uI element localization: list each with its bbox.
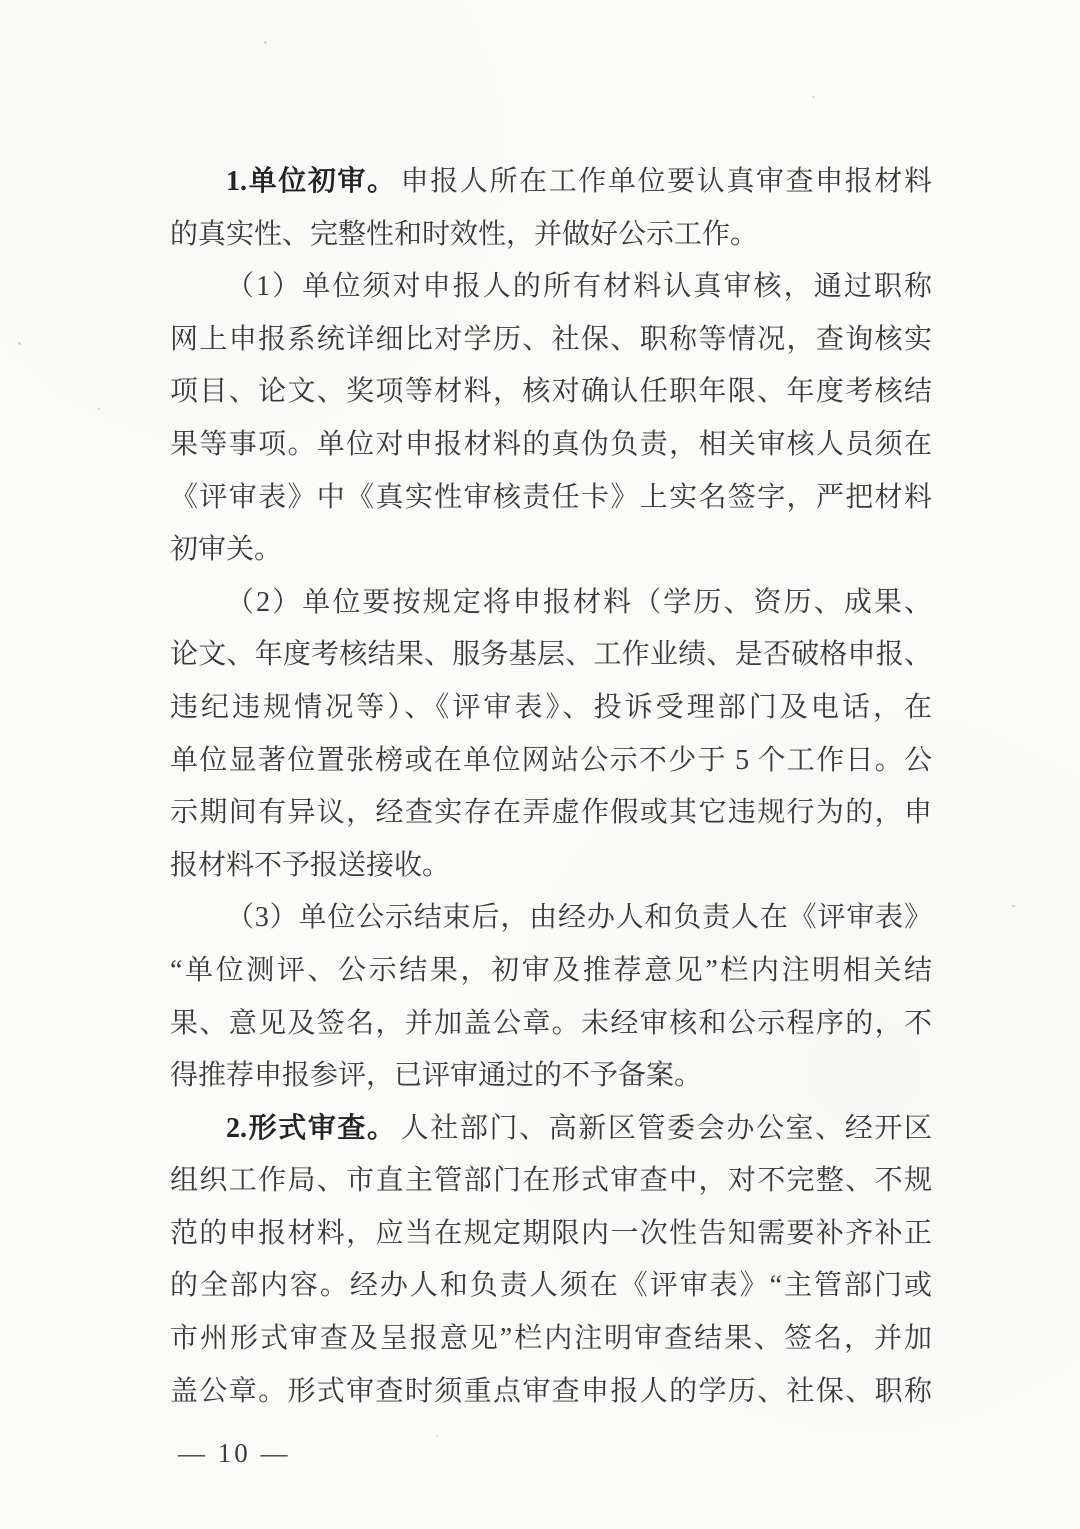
text-line: 《评审表》中《真实性审核责任卡》上实名签字，严把材料	[170, 472, 932, 525]
text-line: 示期间有异议，经查实存在弄虚作假或其它违规行为的，申	[170, 787, 932, 840]
scan-speck	[1012, 905, 1015, 907]
scan-speck	[812, 96, 815, 98]
text-line: 的真实性、完整性和时效性，并做好公示工作。	[170, 209, 932, 262]
text-line: 范的申报材料，应当在规定期限内一次性告知需要补齐补正	[170, 1208, 932, 1261]
text-line: “单位测评、公示结果，初审及推荐意见”栏内注明相关结	[170, 945, 932, 998]
text-line: 果、意见及签名，并加盖公章。未经审核和公示程序的，不	[170, 998, 932, 1051]
text-line: 论文、年度考核结果、服务基层、工作业绩、是否破格申报、	[170, 629, 932, 682]
text-line: 报材料不予报送接收。	[170, 840, 932, 893]
text-line: 单位显著位置张榜或在单位网站公示不少于 5 个工作日。公	[170, 735, 932, 788]
page-number: — 10 —	[178, 1438, 291, 1469]
text-line: 组织工作局、市直主管部门在形式审查中，对不完整、不规	[170, 1155, 932, 1208]
text-line: 盖公章。形式审查时须重点审查申报人的学历、社保、职称	[170, 1366, 932, 1419]
text-line: 的全部内容。经办人和负责人须在《评审表》“主管部门或	[170, 1260, 932, 1313]
text-line: 初审关。	[170, 524, 932, 577]
text-line: 果等事项。单位对申报材料的真伪负责，相关审核人员须在	[170, 419, 932, 472]
text-line: （1）单位须对申报人的所有材料认真审核，通过职称	[170, 261, 932, 314]
scan-speck	[98, 408, 100, 410]
text-line: 违纪违规情况等）、《评审表》、投诉受理部门及电话，在	[170, 682, 932, 735]
scan-speck	[436, 1435, 438, 1437]
section-heading: 1.单位初审。	[226, 166, 401, 197]
scan-speck	[264, 41, 267, 44]
text-line: （2）单位要按规定将申报材料（学历、资历、成果、	[170, 577, 932, 630]
section-heading: 2.形式审查。	[226, 1113, 401, 1144]
text-line: 项目、论文、奖项等材料，核对确认任职年限、年度考核结	[170, 366, 932, 419]
document-page: 1.单位初审。申报人所在工作单位要认真审查申报材料的真实性、完整性和时效性，并做…	[0, 0, 1080, 1529]
text-line: 市州形式审查及呈报意见”栏内注明审查结果、签名，并加	[170, 1313, 932, 1366]
text-line: 网上申报系统详细比对学历、社保、职称等情况，查询核实	[170, 314, 932, 367]
text-line: 1.单位初审。申报人所在工作单位要认真审查申报材料	[170, 156, 932, 209]
text-line: 得推荐申报参评，已评审通过的不予备案。	[170, 1050, 932, 1103]
document-lines: 1.单位初审。申报人所在工作单位要认真审查申报材料的真实性、完整性和时效性，并做…	[170, 156, 932, 1418]
scan-speck	[18, 342, 21, 345]
text-line: （3）单位公示结束后，由经办人和负责人在《评审表》	[170, 892, 932, 945]
text-line: 2.形式审查。人社部门、高新区管委会办公室、经开区	[170, 1103, 932, 1156]
